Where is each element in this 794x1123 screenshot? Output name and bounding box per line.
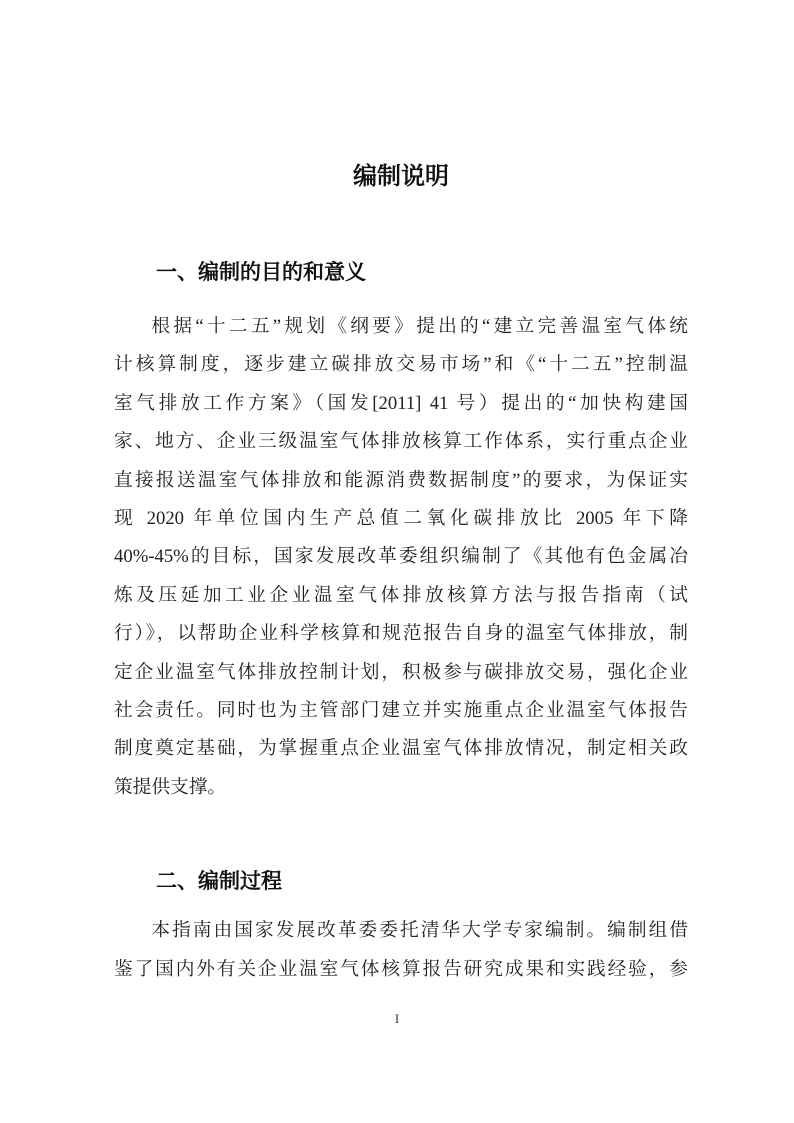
page-number: I <box>0 1010 794 1028</box>
body-text-line: 鉴了国内外有关企业温室气体核算报告研究成果和实践经验，参 <box>114 951 688 989</box>
body-text-line: 40%-45%的目标，国家发展改革委组织编制了《其他有色金属冶 <box>114 538 688 576</box>
body-text-line: 家、地方、企业三级温室气体排放核算工作体系，实行重点企业 <box>114 423 688 461</box>
body-text-line: 社会责任。同时也为主管部门建立并实施重点企业温室气体报告 <box>114 692 688 730</box>
section-2-heading: 二、编制过程 <box>114 867 688 897</box>
body-text-line: 炼及压延加工业企业温室气体排放核算方法与报告指南（试 <box>114 577 688 615</box>
body-text-line: 制度奠定基础，为掌握重点企业温室气体排放情况，制定相关政 <box>114 730 688 768</box>
body-text-line: 行）》，以帮助企业科学核算和规范报告自身的温室气体排放，制 <box>114 615 688 653</box>
section-1-paragraph: 根据“十二五”规划《纲要》提出的“建立完善温室气体统计核算制度，逐步建立碳排放交… <box>114 308 688 807</box>
section-2-paragraph: 本指南由国家发展改革委委托清华大学专家编制。编制组借鉴了国内外有关企业温室气体核… <box>114 912 688 989</box>
section-1-heading: 一、编制的目的和意义 <box>114 258 688 288</box>
body-text-line: 现 2020 年单位国内生产总值二氧化碳排放比 2005 年下降 <box>114 500 688 538</box>
body-text-line: 计核算制度，逐步建立碳排放交易市场”和《“十二五”控制温 <box>114 346 688 384</box>
body-text-line: 室气排放工作方案》（国发[2011] 41 号）提出的“加快构建国 <box>114 385 688 423</box>
document-page: 编制说明 一、编制的目的和意义 根据“十二五”规划《纲要》提出的“建立完善温室气… <box>0 0 794 1123</box>
body-text-line: 根据“十二五”规划《纲要》提出的“建立完善温室气体统 <box>114 308 688 346</box>
body-text-line: 定企业温室气体排放控制计划，积极参与碳排放交易，强化企业 <box>114 654 688 692</box>
body-text-line: 直接报送温室气体排放和能源消费数据制度”的要求，为保证实 <box>114 462 688 500</box>
body-text-line: 策提供支撑。 <box>114 769 688 807</box>
page-title: 编制说明 <box>114 160 688 194</box>
body-text-line: 本指南由国家发展改革委委托清华大学专家编制。编制组借 <box>114 912 688 950</box>
